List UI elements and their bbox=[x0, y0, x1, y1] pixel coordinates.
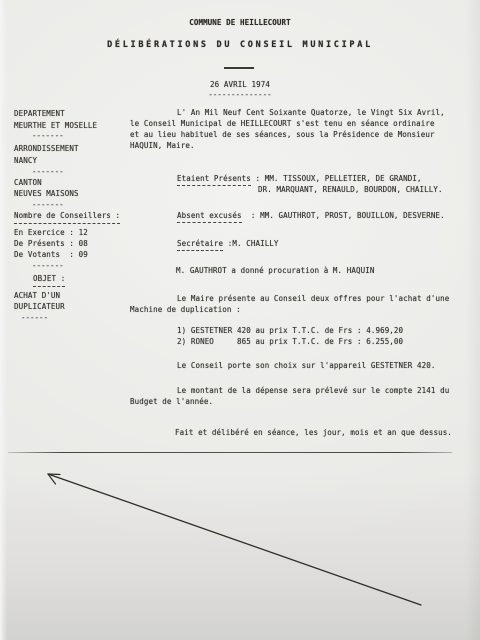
scanned-document-page: COMMUNE DE HEILLECOURT DÉLIBÉRATIONS DU … bbox=[0, 0, 480, 640]
handwritten-arrow-stroke bbox=[0, 0, 480, 640]
